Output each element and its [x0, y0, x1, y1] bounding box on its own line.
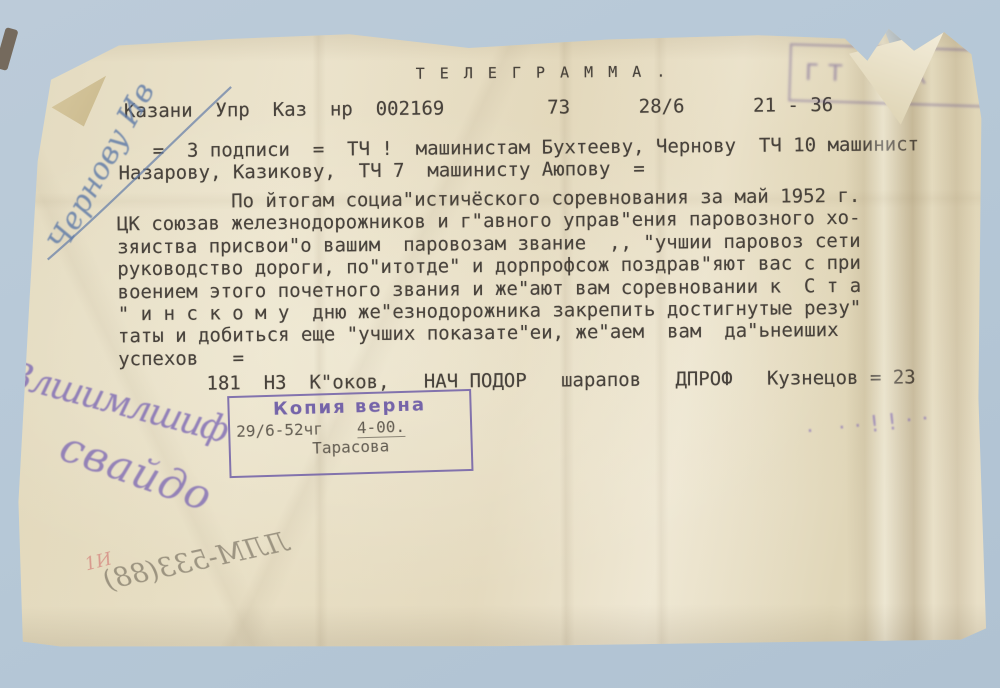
telegram-address-lines: = З подписи = ТЧ ! машинистам Бухтееву, … [118, 133, 919, 184]
photo-scene: Т Е Л Е Г Р А М М А . Казани Упр Каз нр … [0, 0, 1000, 688]
telegram-body-text: По йтогам социа"истичёского соревнования… [117, 185, 862, 371]
telegram-title: Т Е Л Е Г Р А М М А . [416, 63, 669, 83]
torn-paper-scrap [0, 27, 19, 71]
copy-stamp-time: 4-00. [357, 417, 406, 438]
telegram-header-line: Казани Упр Каз нр 002169 73 28/6 21 - 36 [124, 94, 833, 122]
telegram-paper: Т Е Л Е Г Р А М М А . Казани Упр Каз нр … [13, 28, 987, 649]
copy-stamp-date: 29/6-52чг [236, 419, 323, 441]
copy-certification-stamp: Копия верна 29/6-52чг4-00. Тарасова [227, 389, 473, 478]
telegram-signature-line: 181 НЗ К"оков, НАЧ ПОДОР шарапов ДПРОФ К… [126, 366, 915, 395]
